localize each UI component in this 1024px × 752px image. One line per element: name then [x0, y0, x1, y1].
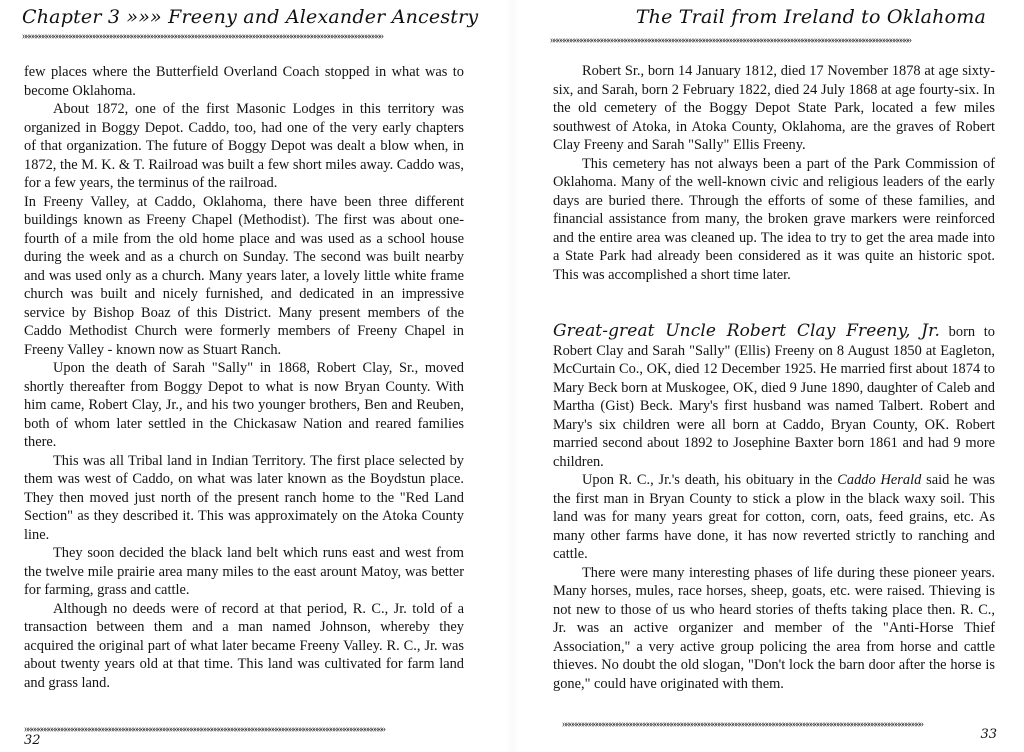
- paragraph: In Freeny Valley, at Caddo, Oklahoma, th…: [24, 193, 464, 360]
- section-heading: Great-great Uncle Robert Clay Freeny, Jr…: [553, 321, 940, 341]
- section-lead-text: born to Robert Clay and Sarah "Sally" (E…: [553, 324, 995, 470]
- left-page-body: few places where the Butterfield Overlan…: [24, 63, 464, 692]
- text-run: Upon R. C., Jr.'s death, his obituary in…: [582, 472, 837, 488]
- paragraph: This cemetery has not always been a part…: [553, 155, 995, 285]
- paragraph: Upon the death of Sarah "Sally" in 1868,…: [24, 359, 464, 452]
- paragraph: few places where the Butterfield Overlan…: [24, 63, 464, 100]
- page-number: 32: [24, 733, 41, 748]
- left-page: Chapter 3 »»» Freeny and Alexander Ances…: [0, 0, 512, 752]
- paragraph: Robert Sr., born 14 January 1812, died 1…: [553, 62, 995, 155]
- running-head-book-title: The Trail from Ireland to Oklahoma: [636, 6, 986, 28]
- chevron-rule-divider: »»»»»»»»»»»»»»»»»»»»»»»»»»»»»»»»»»»»»»»»…: [562, 720, 998, 730]
- chevron-rule-divider: »»»»»»»»»»»»»»»»»»»»»»»»»»»»»»»»»»»»»»»»…: [22, 32, 458, 42]
- paragraph: They soon decided the black land belt wh…: [24, 544, 464, 600]
- running-head-chapter-title: Chapter 3 »»» Freeny and Alexander Ances…: [22, 6, 478, 28]
- chevron-rule-divider: »»»»»»»»»»»»»»»»»»»»»»»»»»»»»»»»»»»»»»»»…: [24, 725, 460, 735]
- right-page-body: Robert Sr., born 14 January 1812, died 1…: [553, 62, 995, 693]
- paragraph: Although no deeds were of record at that…: [24, 600, 464, 693]
- right-page: The Trail from Ireland to Oklahoma »»»»»…: [512, 0, 1024, 752]
- chevron-rule-divider: »»»»»»»»»»»»»»»»»»»»»»»»»»»»»»»»»»»»»»»»…: [550, 36, 992, 46]
- paragraph: Upon R. C., Jr.'s death, his obituary in…: [553, 471, 995, 564]
- page-number: 33: [980, 727, 997, 742]
- publication-title: Caddo Herald: [837, 472, 921, 488]
- section-intro-paragraph: Great-great Uncle Robert Clay Freeny, Jr…: [553, 322, 995, 471]
- paragraph: This was all Tribal land in Indian Terri…: [24, 452, 464, 545]
- paragraph: There were many interesting phases of li…: [553, 564, 995, 694]
- paragraph: About 1872, one of the first Masonic Lod…: [24, 100, 464, 193]
